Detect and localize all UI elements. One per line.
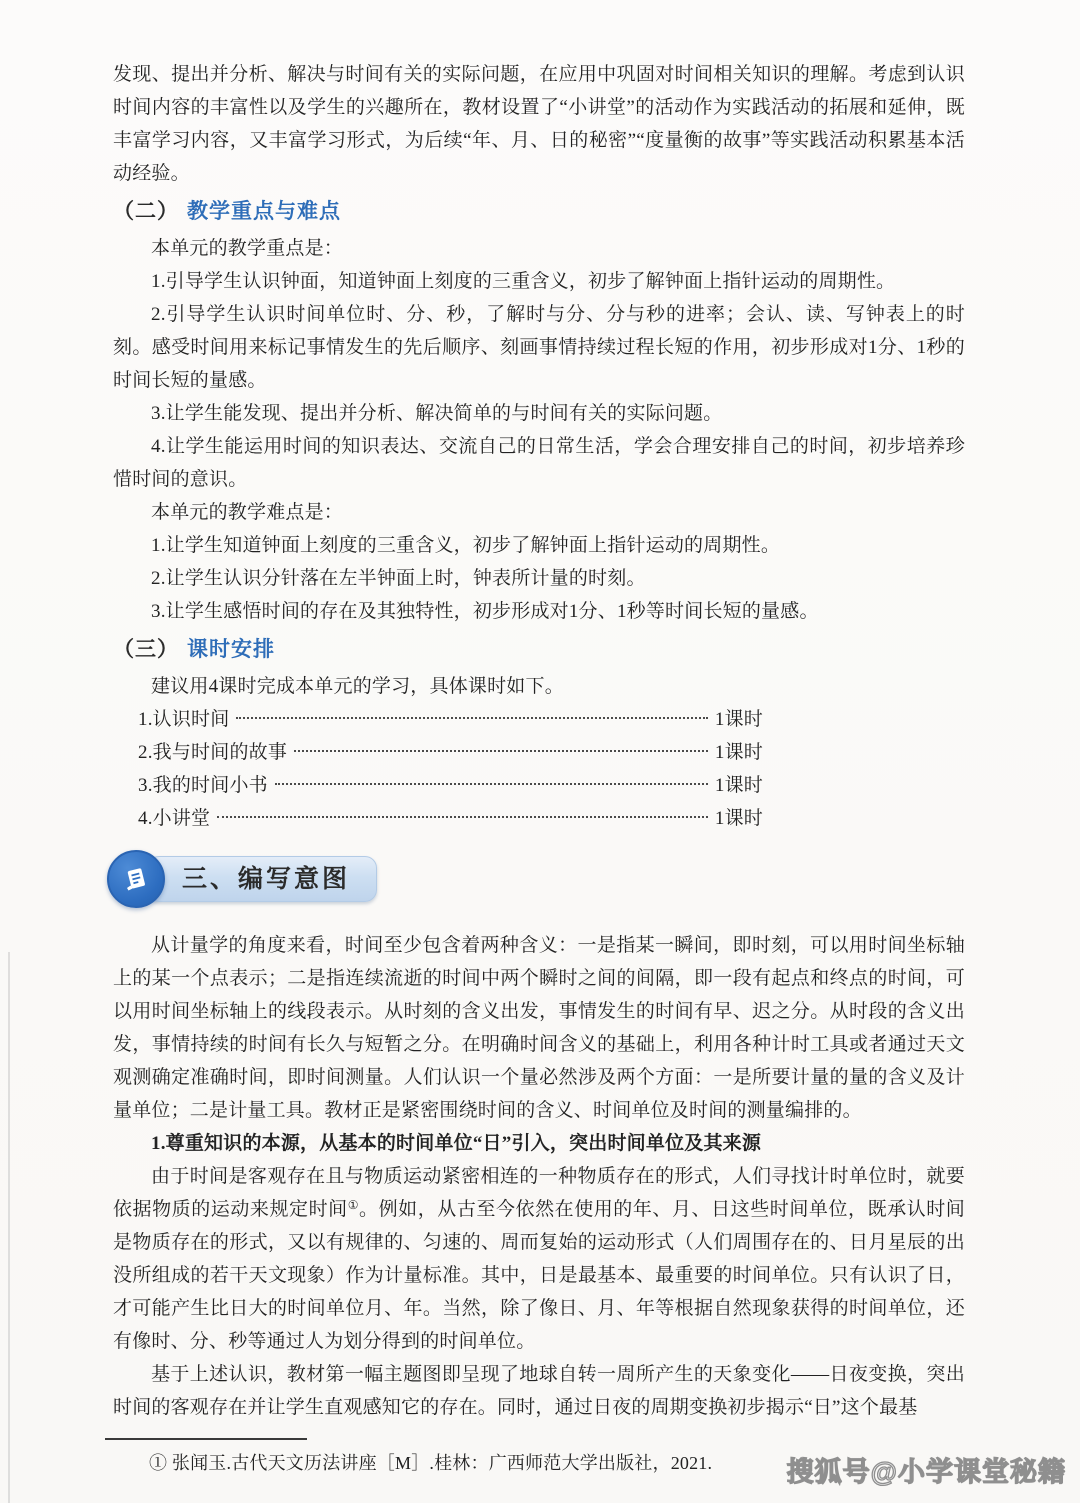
dotted-leader xyxy=(217,816,708,818)
paragraph-text: 。例如，从古至今依然在使用的年、月、日这些时间单位，既承认时间是物质存在的形式，… xyxy=(113,1199,965,1352)
focus-intro: 本单元的教学重点是： xyxy=(113,232,965,265)
lesson-row: 4.小讲堂 1课时 xyxy=(138,802,763,835)
lesson-row: 3.我的时间小书 1课时 xyxy=(138,769,763,802)
intro-paragraph: 发现、提出并分析、解决与时间有关的实际问题，在应用中巩固对时间相关知识的理解。考… xyxy=(113,58,965,190)
section-label: （三） xyxy=(113,638,179,661)
lesson-duration: 1课时 xyxy=(715,736,763,769)
lesson-row: 2.我与时间的故事 1课时 xyxy=(138,736,763,769)
dotted-leader xyxy=(275,783,708,785)
lesson-name: 1.认识时间 xyxy=(138,703,229,736)
lesson-schedule-list: 1.认识时间 1课时 2.我与时间的故事 1课时 3.我的时间小书 1课时 4.… xyxy=(138,703,763,835)
footnote-reference: ① xyxy=(348,1198,359,1212)
focus-item: 1.引导学生认识钟面，知道钟面上刻度的三重含义，初步了解钟面上指针运动的周期性。 xyxy=(113,265,965,298)
lesson-name: 3.我的时间小书 xyxy=(138,769,268,802)
dotted-leader xyxy=(294,750,708,752)
bold-subheading: 1.尊重知识的本源，从基本的时间单位“日”引入，突出时间单位及其来源 xyxy=(113,1127,965,1160)
focus-item: 4.让学生能运用时间的知识表达、交流自己的日常生活，学会合理安排自己的时间，初步… xyxy=(113,430,965,496)
difficulty-item: 1.让学生知道钟面上刻度的三重含义，初步了解钟面上指针运动的周期性。 xyxy=(113,529,965,562)
section-title: 教学重点与难点 xyxy=(187,200,341,223)
page-content: 发现、提出并分析、解决与时间有关的实际问题，在应用中巩固对时间相关知识的理解。考… xyxy=(113,58,965,1478)
section-title: 课时安排 xyxy=(187,638,275,661)
scanned-textbook-page: 发现、提出并分析、解决与时间有关的实际问题，在应用中巩固对时间相关知识的理解。考… xyxy=(0,0,1080,1503)
scan-edge-line xyxy=(8,952,10,1503)
lesson-duration: 1课时 xyxy=(715,703,763,736)
lesson-duration: 1课时 xyxy=(715,769,763,802)
section-label: （二） xyxy=(113,200,179,223)
footnote-divider xyxy=(105,1438,307,1440)
difficulty-item: 2.让学生认识分针落在左半钟面上时，钟表所计量的时刻。 xyxy=(113,562,965,595)
pencil-note-icon xyxy=(107,850,165,908)
focus-item: 3.让学生能发现、提出并分析、解决简单的与时间有关的实际问题。 xyxy=(113,397,965,430)
section-badge: 三、编写意图 xyxy=(107,851,965,907)
body-paragraph: 基于上述认识，教材第一幅主题图即呈现了地球自转一周所产生的天象变化——日夜变换，… xyxy=(113,1358,965,1424)
focus-item: 2.引导学生认识时间单位时、分、秒，了解时与分、分与秒的进率；会认、读、写钟表上… xyxy=(113,298,965,397)
watermark: 搜狐号@小学课堂秘籍 xyxy=(787,1450,1066,1489)
dotted-leader xyxy=(236,717,707,719)
difficulty-item: 3.让学生感悟时间的存在及其独特性，初步形成对1分、1秒等时间长短的量感。 xyxy=(113,595,965,628)
badge-title: 三、编写意图 xyxy=(147,856,377,902)
lesson-name: 2.我与时间的故事 xyxy=(138,736,287,769)
difficulty-intro: 本单元的教学难点是： xyxy=(113,496,965,529)
schedule-intro: 建议用4课时完成本单元的学习，具体课时如下。 xyxy=(113,670,965,703)
body-paragraph: 由于时间是客观存在且与物质运动紧密相连的一种物质存在的形式，人们寻找计时单位时，… xyxy=(113,1160,965,1358)
lesson-name: 4.小讲堂 xyxy=(138,802,210,835)
lesson-row: 1.认识时间 1课时 xyxy=(138,703,763,736)
section-heading-3: （三）课时安排 xyxy=(113,631,965,669)
section-heading-2: （二）教学重点与难点 xyxy=(113,193,965,231)
lesson-duration: 1课时 xyxy=(715,802,763,835)
body-paragraph: 从计量学的角度来看，时间至少包含着两种含义：一是指某一瞬间，即时刻，可以用时间坐… xyxy=(113,929,965,1127)
